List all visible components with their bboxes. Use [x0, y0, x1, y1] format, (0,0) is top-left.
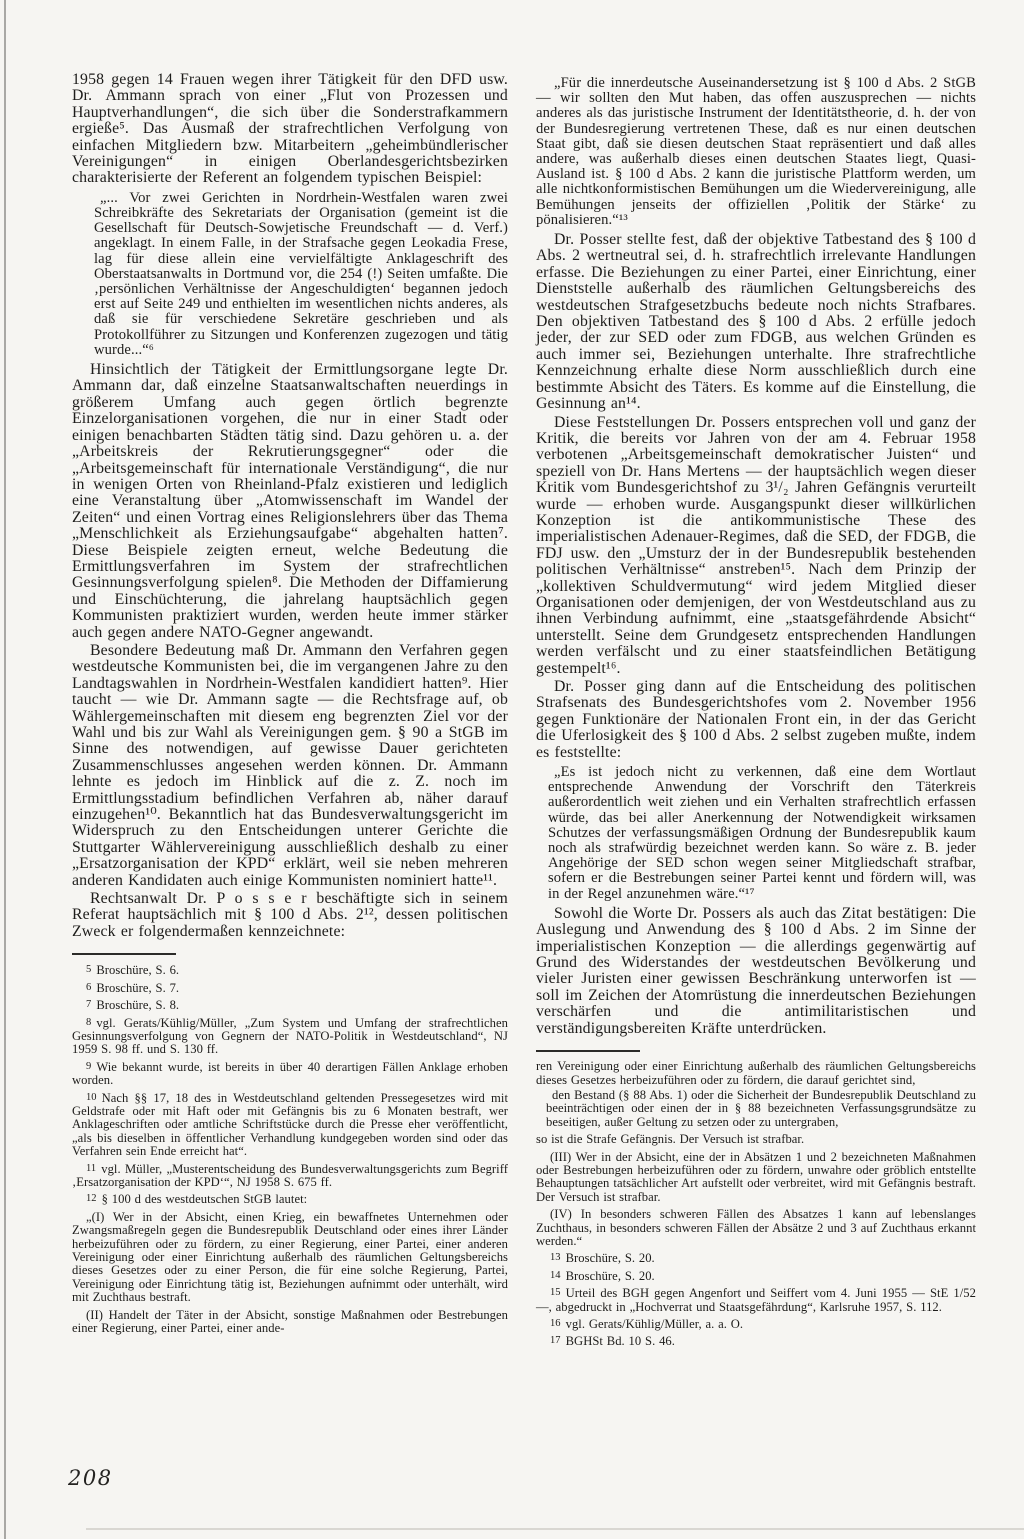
- footnote-number: 12: [86, 1193, 97, 1204]
- footnote-text: BGHSt Bd. 10 S. 46.: [566, 1334, 675, 1348]
- paragraph: Dr. Posser ging dann auf die Entscheidun…: [536, 679, 976, 761]
- footnote-text: Nach §§ 17, 18 des in Westdeutschland ge…: [72, 1091, 508, 1159]
- footnote: 15Urteil des BGH gegen Angenfort und Sei…: [536, 1286, 976, 1314]
- footnote: 9Wie bekannt wurde, ist bereits in über …: [72, 1060, 508, 1088]
- block-quote: „Es ist jedoch nicht zu verkennen, daß e…: [548, 765, 976, 902]
- left-column: 1958 gegen 14 Frauen wegen ihrer Tätigke…: [72, 72, 508, 1349]
- footnote-law-text: (II) Handelt der Täter in der Absicht, s…: [72, 1309, 508, 1336]
- footnote-number: 9: [86, 1061, 91, 1072]
- footnote-separator: [536, 1050, 640, 1052]
- scan-edge-artifact: [4, 0, 6, 1539]
- footnote: 13Broschüre, S. 20.: [536, 1251, 976, 1265]
- footnote-text: § 100 d des westdeutschen StGB lautet:: [102, 1192, 308, 1206]
- footnote-law-text: (III) Wer in der Absicht, eine der in Ab…: [536, 1151, 976, 1205]
- paragraph: Diese Feststellungen Dr. Possers entspre…: [536, 415, 976, 678]
- footnote-law-text: so ist die Strafe Gefängnis. Der Versuch…: [536, 1133, 976, 1146]
- footnote-number: 8: [86, 1017, 91, 1028]
- paragraph: Besondere Bedeutung maß Dr. Ammann den V…: [72, 643, 508, 889]
- footnote-number: 5: [86, 964, 91, 975]
- footnote-text: Broschüre, S. 20.: [566, 1269, 655, 1283]
- footnote: 16vgl. Gerats/Kühlig/Müller, a. a. O.: [536, 1317, 976, 1331]
- page-number: 208: [68, 1466, 113, 1490]
- footnote-law-text: (IV) In besonders schweren Fällen des Ab…: [536, 1208, 976, 1248]
- block-quote: „Für die innerdeutsche Auseinandersetzun…: [536, 76, 976, 228]
- scan-bottom-artifact: [86, 1528, 1024, 1530]
- footnote: 17BGHSt Bd. 10 S. 46.: [536, 1334, 976, 1348]
- footnote-number: 15: [550, 1287, 561, 1298]
- footnote: 6Broschüre, S. 7.: [72, 981, 508, 995]
- footnote-text: vgl. Gerats/Kühlig/Müller, „Zum System u…: [72, 1016, 508, 1057]
- footnote: 8vgl. Gerats/Kühlig/Müller, „Zum System …: [72, 1016, 508, 1057]
- footnote-law-text: ren Vereinigung oder einer Einrichtung a…: [536, 1060, 976, 1087]
- paragraph: Hinsichtlich der Tätigkeit der Ermittlun…: [72, 362, 508, 641]
- footnote-law-text: „(I) Wer in der Absicht, einen Krieg, ei…: [72, 1211, 508, 1305]
- footnote-text: vgl. Müller, „Musterentscheidung des Bun…: [72, 1162, 508, 1189]
- scanned-journal-page: 1958 gegen 14 Frauen wegen ihrer Tätigke…: [0, 0, 1024, 1539]
- footnote: 11vgl. Müller, „Musterentscheidung des B…: [72, 1162, 508, 1190]
- two-column-layout: 1958 gegen 14 Frauen wegen ihrer Tätigke…: [72, 72, 976, 1349]
- footnote-number: 11: [86, 1163, 96, 1174]
- footnote: 10Nach §§ 17, 18 des in Westdeutschland …: [72, 1091, 508, 1159]
- paragraph: Dr. Posser stellte fest, daß der objekti…: [536, 232, 976, 412]
- footnote-text: Urteil des BGH gegen Angenfort und Seiff…: [536, 1286, 976, 1313]
- footnote-text: Wie bekannt wurde, ist bereits in über 4…: [72, 1060, 508, 1087]
- footnote-text: Broschüre, S. 7.: [96, 981, 179, 995]
- footnote-number: 14: [550, 1270, 561, 1281]
- footnotes-right: ren Vereinigung oder einer Einrichtung a…: [536, 1060, 976, 1349]
- paragraph: Rechtsanwalt Dr. P o s s e r beschäftigt…: [72, 891, 508, 940]
- footnote-number: 10: [86, 1092, 97, 1103]
- footnote: 14Broschüre, S. 20.: [536, 1269, 976, 1283]
- footnote-number: 16: [550, 1318, 561, 1329]
- block-quote: „... Vor zwei Gerichten in Nordrhein-Wes…: [94, 191, 508, 358]
- footnote-law-subclause: den Bestand (§ 88 Abs. 1) oder die Siche…: [546, 1089, 976, 1129]
- footnote-number: 17: [550, 1335, 561, 1346]
- paragraph: 1958 gegen 14 Frauen wegen ihrer Tätigke…: [72, 72, 508, 187]
- footnote-text: vgl. Gerats/Kühlig/Müller, a. a. O.: [566, 1317, 743, 1331]
- footnote-text: Broschüre, S. 6.: [96, 963, 179, 977]
- footnote-number: 13: [550, 1252, 561, 1263]
- footnote-number: 7: [86, 999, 91, 1010]
- footnote: 5Broschüre, S. 6.: [72, 963, 508, 977]
- footnote-text: Broschüre, S. 20.: [566, 1251, 655, 1265]
- footnote-separator: [72, 953, 176, 955]
- footnote: 7Broschüre, S. 8.: [72, 998, 508, 1012]
- paragraph: Sowohl die Worte Dr. Possers als auch da…: [536, 906, 976, 1037]
- footnotes-left: 5Broschüre, S. 6. 6Broschüre, S. 7. 7Bro…: [72, 963, 508, 1335]
- footnote-text: Broschüre, S. 8.: [96, 998, 179, 1012]
- footnote-number: 6: [86, 982, 91, 993]
- right-column: „Für die innerdeutsche Auseinandersetzun…: [536, 72, 976, 1349]
- footnote: 12§ 100 d des westdeutschen StGB lautet:: [72, 1192, 508, 1206]
